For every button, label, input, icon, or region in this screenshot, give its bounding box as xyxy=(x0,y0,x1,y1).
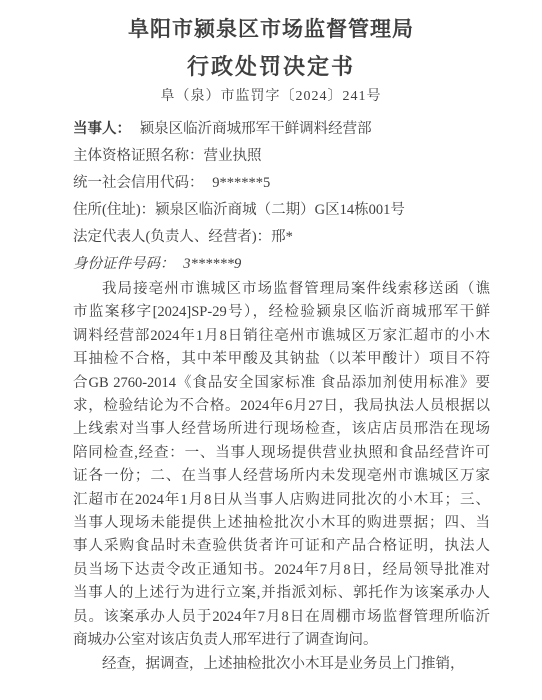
field-credit-code: 统一社会信用代码：9******5 xyxy=(73,170,490,197)
document-number: 阜（泉）市监罚字〔2024〕241号 xyxy=(0,88,542,106)
paragraph-line: 市监案移字[2024]SP-29号），经检验颍泉区临沂商城邢军干鲜 xyxy=(73,301,490,324)
field-value-party: 颍泉区临沂商城邢军干鲜调料经营部 xyxy=(140,121,372,137)
field-label-legal-representative: 法定代表人(负责人、经营者)： xyxy=(73,229,271,245)
field-label-credit-code: 统一社会信用代码： xyxy=(73,175,204,191)
document-body: 当事人：颍泉区临沂商城邢军干鲜调料经营部 主体资格证照名称：营业执照 统一社会信… xyxy=(0,106,542,676)
penalty-decision-document: 阜阳市颍泉区市场监督管理局 行政处罚决定书 阜（泉）市监罚字〔2024〕241号… xyxy=(0,0,542,700)
field-legal-representative: 法定代表人(负责人、经营者)：邢* xyxy=(73,224,490,251)
field-value-id-number: 3******9 xyxy=(183,256,241,272)
paragraph-line: 陪同检查,经查：一、当事人现场提供营业执照和食品经营许可 xyxy=(73,442,490,465)
document-header: 阜阳市颍泉区市场监督管理局 行政处罚决定书 阜（泉）市监罚字〔2024〕241号 xyxy=(0,16,542,106)
document-type-title: 行政处罚决定书 xyxy=(0,54,542,80)
paragraph-line: 当事人现场未能提供上述抽检批次小木耳的购进票据；四、当 xyxy=(73,512,490,535)
paragraph-line: 员当场下达责令改正通知书。2024年7月8日，经局领导批准对 xyxy=(73,559,490,582)
field-value-license-type: 营业执照 xyxy=(204,148,262,164)
paragraph-line: 我局接亳州市谯城区市场监督管理局案件线索移送函（谯 xyxy=(73,278,490,301)
paragraph-investigation-findings: 经查，据调查，上述抽检批次小木耳是业务员上门推销， xyxy=(73,653,490,676)
issuing-authority-title: 阜阳市颍泉区市场监督管理局 xyxy=(0,16,542,42)
paragraph-line: 事人采购食品时未查验供货者许可证和产品合格证明，执法人 xyxy=(73,535,490,558)
field-license-type: 主体资格证照名称：营业执照 xyxy=(73,143,490,170)
field-value-legal-representative: 邢* xyxy=(271,229,293,245)
field-value-address: 颍泉区临沂商城（二期）G区14栋001号 xyxy=(155,202,405,218)
field-address: 住所(住址)：颍泉区临沂商城（二期）G区14栋001号 xyxy=(73,197,490,224)
field-label-address: 住所(住址)： xyxy=(73,202,155,218)
paragraph-case-origin: 我局接亳州市谯城区市场监督管理局案件线索移送函（谯市监案移字[2024]SP-2… xyxy=(73,278,490,653)
field-id-number: 身份证件号码：3******9 xyxy=(73,251,490,278)
paragraph-line: 证各一份；二、在当事人经营场所内未发现亳州市谯城区万家 xyxy=(73,465,490,488)
field-label-party: 当事人： xyxy=(73,121,131,137)
field-value-credit-code: 9******5 xyxy=(212,175,270,191)
field-label-license-type: 主体资格证照名称： xyxy=(73,148,204,164)
paragraph-line: 上线索对当事人经营场所进行现场检查，该店店员邢浩在现场 xyxy=(73,418,490,441)
paragraph-line: 汇超市在2024年1月8日从当事人店购进同批次的小木耳；三、 xyxy=(73,489,490,512)
paragraph-line: 求，检验结论为不合格。2024年6月27日，我局执法人员根据以 xyxy=(73,395,490,418)
paragraph-line: 合GB 2760-2014《食品安全国家标准 食品添加剂使用标准》要 xyxy=(73,372,490,395)
paragraph-line: 商城办公室对该店负责人邢军进行了调查询问。 xyxy=(73,629,490,652)
paragraph-line: 员。该案承办人员于2024年7月8日在周棚市场监督管理所临沂 xyxy=(73,606,490,629)
field-party: 当事人：颍泉区临沂商城邢军干鲜调料经营部 xyxy=(73,116,490,143)
paragraph-line: 经查，据调查，上述抽检批次小木耳是业务员上门推销， xyxy=(73,653,490,676)
field-label-id-number: 身份证件号码： xyxy=(73,256,175,272)
paragraph-line: 耳抽检不合格，其中苯甲酸及其钠盐（以苯甲酸计）项目不符 xyxy=(73,348,490,371)
paragraph-line: 当事人的上述行为进行立案,并指派刘标、郭托作为该案承办人 xyxy=(73,582,490,605)
paragraph-line: 调料经营部2024年1月8日销往亳州市谯城区万家汇超市的小木 xyxy=(73,325,490,348)
party-info-section: 当事人：颍泉区临沂商城邢军干鲜调料经营部 主体资格证照名称：营业执照 统一社会信… xyxy=(73,116,490,278)
